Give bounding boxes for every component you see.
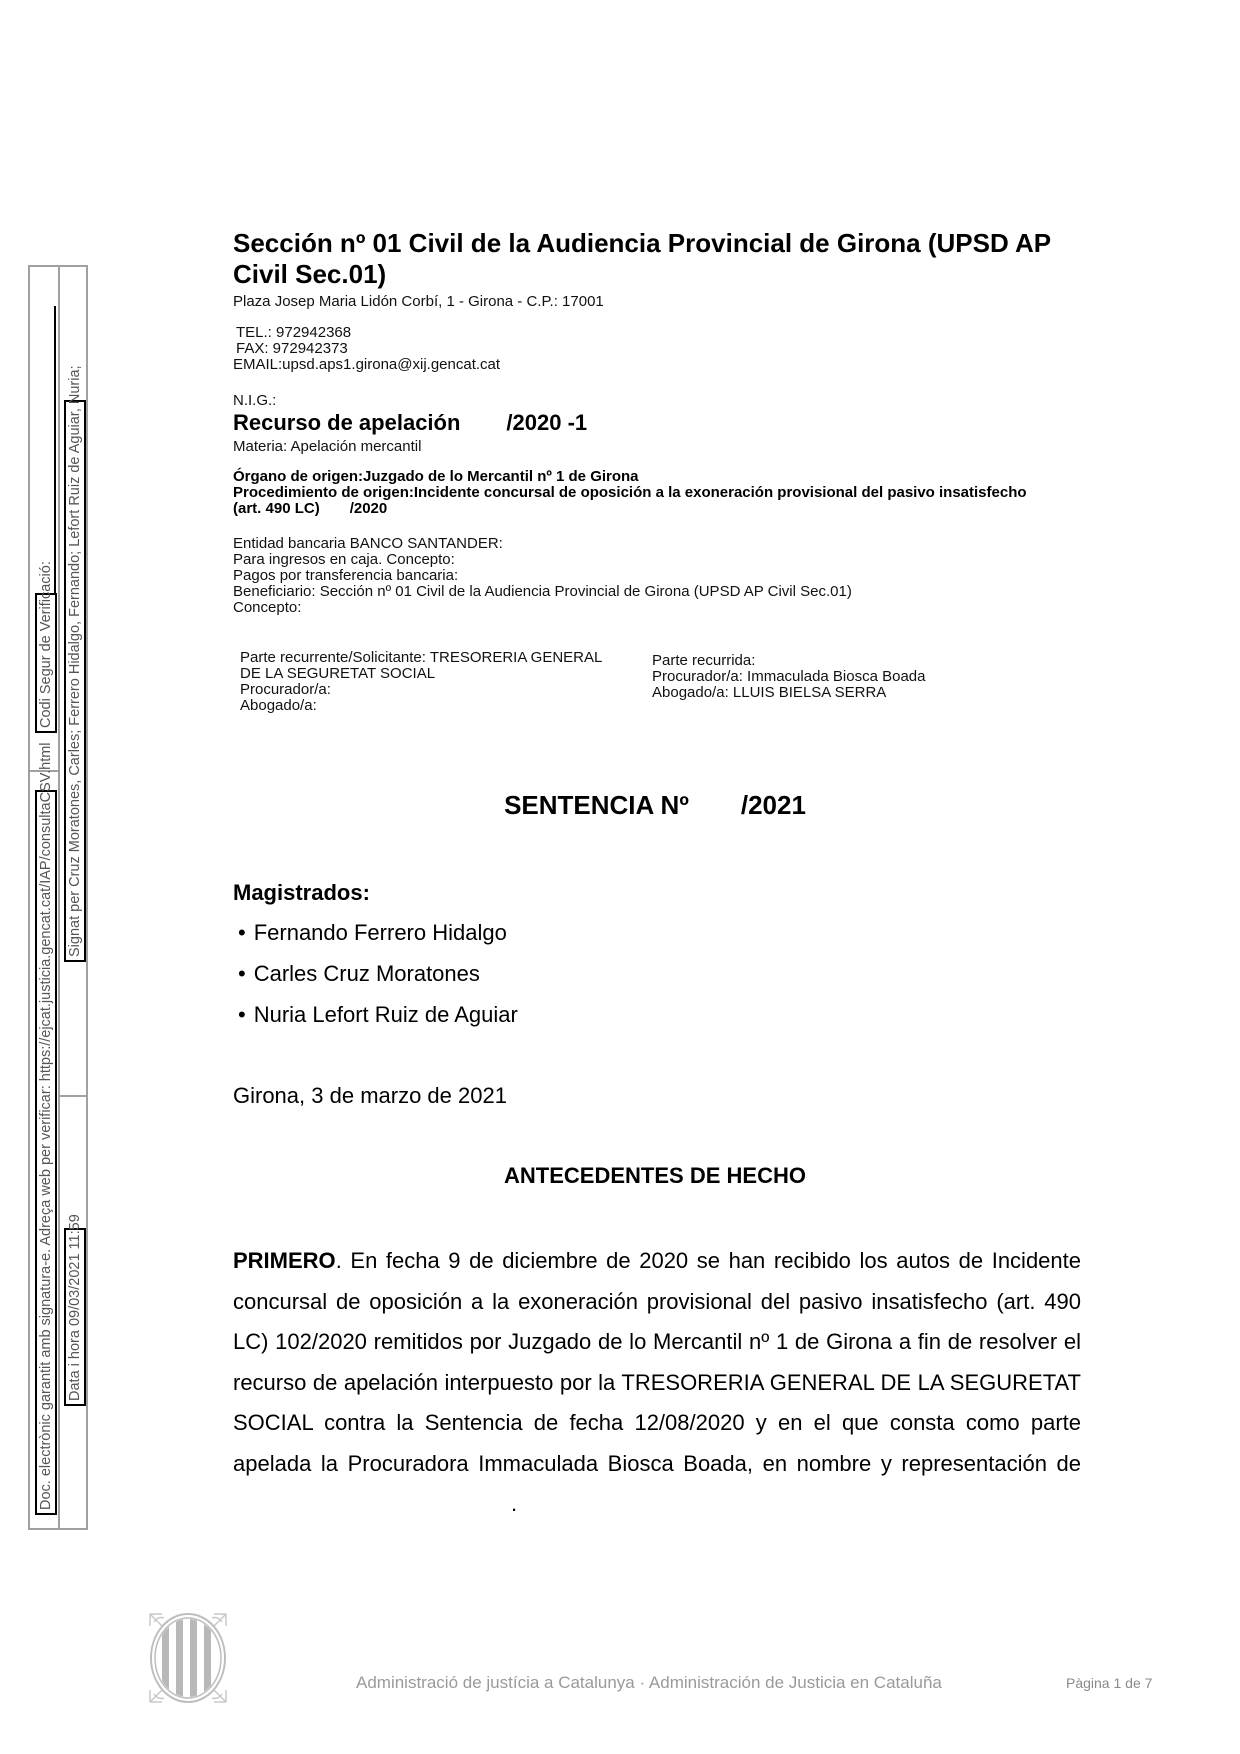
signature-datetime: Data i hora 09/03/2021 11:59 (64, 1228, 86, 1406)
primero-label: PRIMERO (233, 1248, 336, 1273)
respondent-party: Parte recurrida: Procurador/a: Immaculad… (652, 653, 1032, 701)
csv-label: Codi Segur de Verificació: (35, 593, 57, 733)
stamp-signature-line (54, 306, 56, 606)
recurso-label: Recurso de apelación (233, 410, 460, 435)
recurso-heading: Recurso de apelación/2020 -1 (233, 410, 587, 436)
party-line: DE LA SEGURETAT SOCIAL (240, 666, 640, 682)
doc-verification-text: Doc. electrònic garantit amb signatura-e… (35, 790, 57, 1515)
primero-paragraph: PRIMERO. En fecha 9 de diciembre de 2020… (233, 1241, 1081, 1525)
magistrado-item: Fernando Ferrero Hidalgo (238, 920, 518, 961)
procedimiento-origen-cont: (art. 490 LC)/2020 (233, 501, 387, 517)
court-email: EMAIL:upsd.aps1.girona@xij.gencat.cat (233, 357, 500, 373)
sentencia-label: SENTENCIA Nº (504, 790, 689, 820)
bank-line: Beneficiario: Sección nº 01 Civil de la … (233, 584, 852, 600)
court-title: Sección nº 01 Civil de la Audiencia Prov… (233, 228, 1073, 290)
signed-by-text: Signat per Cruz Moratones, Carles; Ferre… (64, 400, 86, 962)
party-line: Abogado/a: LLUIS BIELSA SERRA (652, 685, 1032, 701)
antecedentes-heading: ANTECEDENTES DE HECHO (0, 1163, 1240, 1189)
stamp-column-divider (58, 267, 60, 1528)
date-line: Girona, 3 de marzo de 2021 (233, 1083, 507, 1109)
party-line: Abogado/a: (240, 698, 640, 714)
antecedentes-heading-text: ANTECEDENTES DE HECHO (504, 1163, 806, 1189)
bank-line: Para ingresos en caja. Concepto: (233, 552, 852, 568)
nig-label: N.I.G.: (233, 393, 276, 409)
bank-line: Concepto: (233, 600, 852, 616)
party-line: Parte recurrente/Solicitante: TRESORERIA… (240, 650, 640, 666)
appellant-party: Parte recurrente/Solicitante: TRESORERIA… (240, 650, 640, 714)
magistrados-title: Magistrados: (233, 880, 370, 906)
primero-text: . En fecha 9 de diciembre de 2020 se han… (233, 1248, 1081, 1476)
page-number: Pàgina 1 de 7 (1066, 1675, 1152, 1691)
court-fax: FAX: 972942373 (236, 341, 348, 357)
magistrados-list: Fernando Ferrero Hidalgo Carles Cruz Mor… (238, 920, 518, 1043)
generalitat-logo-icon (148, 1612, 228, 1702)
procedimiento-art: (art. 490 LC) (233, 500, 320, 517)
magistrado-item: Nuria Lefort Ruiz de Aguiar (238, 1002, 518, 1043)
recurso-number: /2020 -1 (506, 410, 587, 435)
footer-administration: Administració de justícia a Catalunya · … (356, 1673, 942, 1693)
sentencia-number: /2021 (741, 790, 806, 820)
party-line: Procurador/a: Immaculada Biosca Boada (652, 669, 1032, 685)
materia: Materia: Apelación mercantil (233, 439, 421, 455)
party-line: Procurador/a: (240, 682, 640, 698)
organo-origen: Órgano de origen:Juzgado de lo Mercantil… (233, 469, 639, 485)
bank-info: Entidad bancaria BANCO SANTANDER: Para i… (233, 536, 852, 616)
bank-line: Pagos por transferencia bancaria: (233, 568, 852, 584)
stamp-row-divider-right (60, 1095, 88, 1097)
party-line: Parte recurrida: (652, 653, 1032, 669)
bank-line: Entidad bancaria BANCO SANTANDER: (233, 536, 852, 552)
court-tel: TEL.: 972942368 (236, 325, 351, 341)
procedimiento-number: /2020 (350, 500, 388, 517)
primero-end: . (511, 1491, 517, 1516)
sentencia-heading: SENTENCIA Nº/2021 (0, 790, 1240, 821)
court-address: Plaza Josep Maria Lidón Corbí, 1 - Giron… (233, 294, 604, 310)
procedimiento-origen: Procedimiento de origen:Incidente concur… (233, 485, 1027, 501)
magistrado-item: Carles Cruz Moratones (238, 961, 518, 1002)
